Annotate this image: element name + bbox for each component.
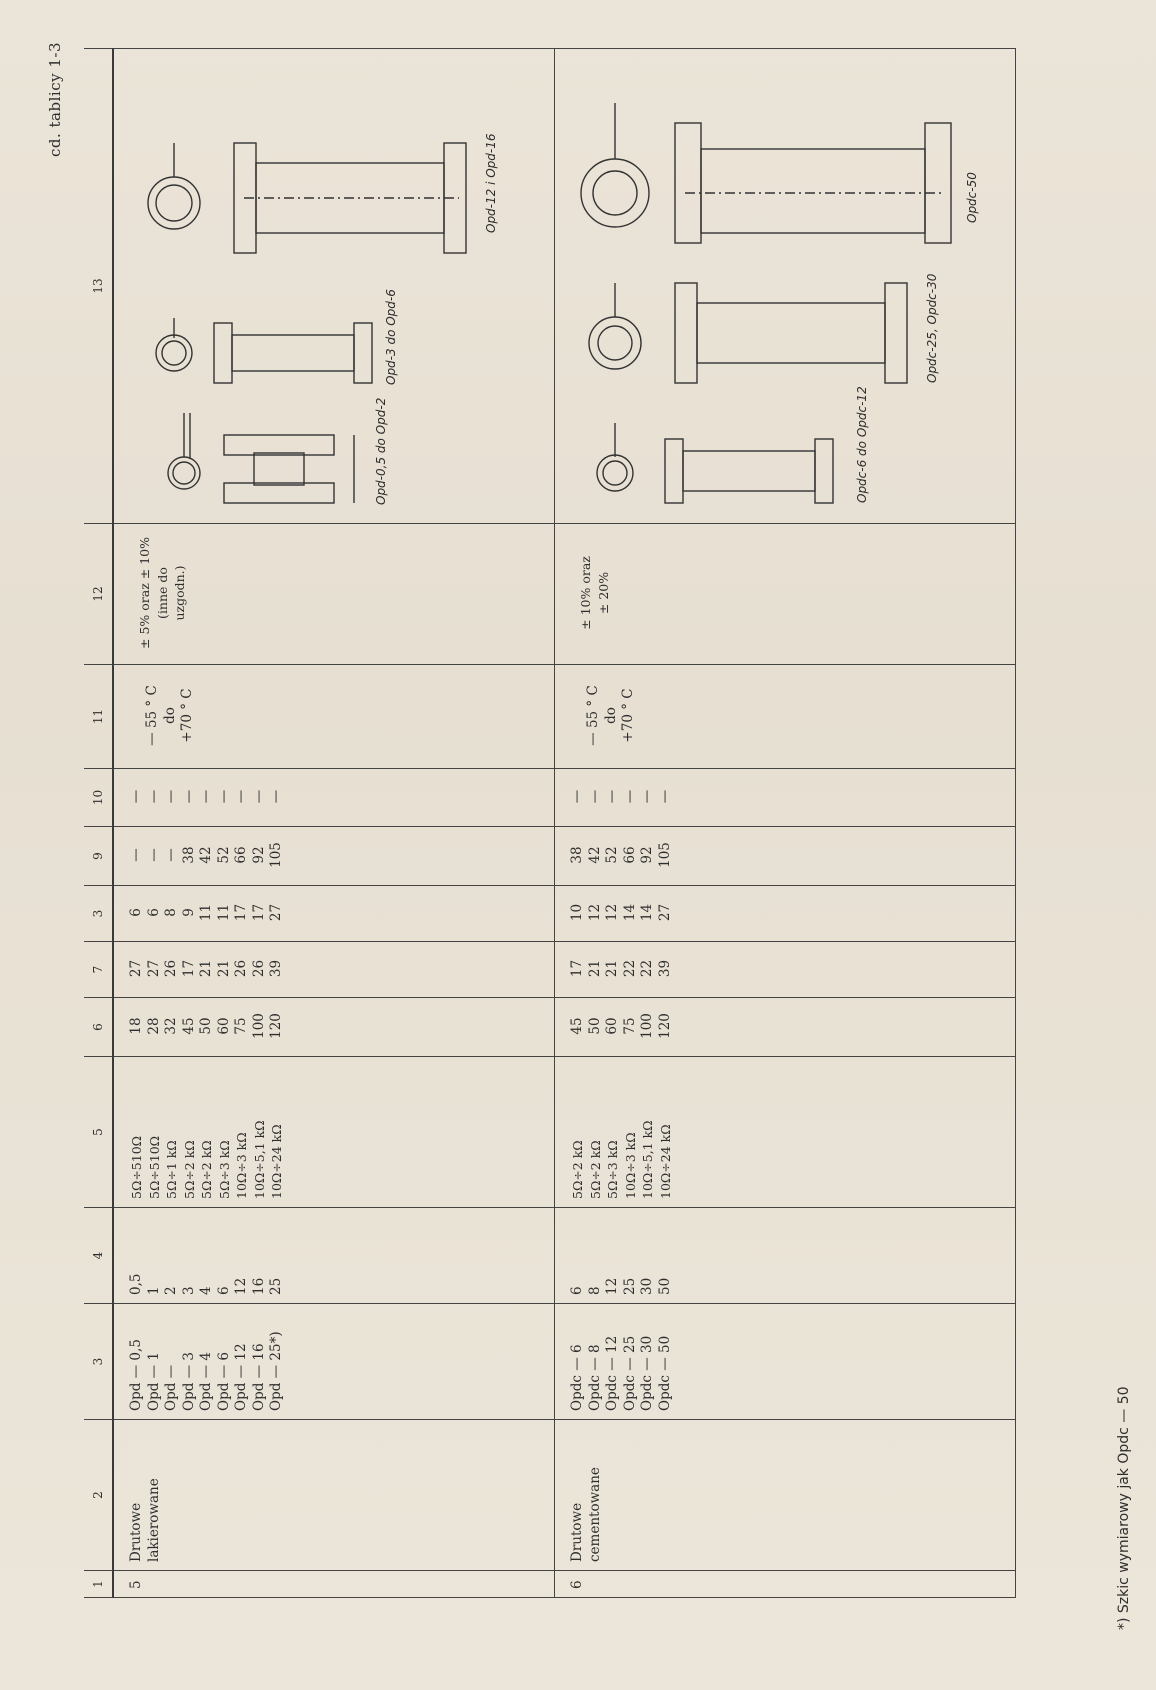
temp-line: — 55 ° C: [144, 671, 162, 760]
value: 9: [181, 892, 199, 933]
col7-list: 27 27 26 17 21 21 26 26 39: [114, 942, 292, 997]
col-header-3: 3: [84, 1304, 113, 1420]
value: 27: [268, 892, 286, 933]
col10-list: — — — — — — — — —: [114, 769, 292, 826]
drawing-caption: Opdc-50: [965, 172, 979, 223]
resistance-range: 5Ω÷2 kΩ: [181, 1063, 199, 1199]
power: 50: [657, 1214, 675, 1295]
value: 52: [216, 833, 234, 877]
col9-list: 38 42 52 66 92 105: [555, 827, 680, 885]
value: 22: [639, 948, 657, 989]
value: 45: [181, 1004, 199, 1048]
value: 11: [198, 892, 216, 933]
model: Opd — 0,5: [128, 1310, 146, 1411]
value: —: [233, 775, 251, 818]
tolerance-line: ± 5% oraz ± 10%: [136, 530, 154, 656]
col-header-9: 9: [84, 827, 113, 886]
col-header-8: 3: [84, 886, 113, 942]
document-page: cd. tablicy 1-3 1 2 3 4 5 6 7 3 9 10 11 …: [0, 0, 1156, 1690]
value: 14: [639, 892, 657, 933]
value: 21: [198, 948, 216, 989]
tolerance: ± 5% oraz ± 10% (inne do uzgodn.): [114, 524, 195, 664]
value: 21: [587, 948, 605, 989]
value: 100: [251, 1004, 269, 1048]
value: 38: [569, 833, 587, 877]
value: 92: [251, 833, 269, 877]
power: 12: [233, 1214, 251, 1295]
value: —: [163, 775, 181, 818]
value: 17: [569, 948, 587, 989]
dimension-sketches-cemented: Opdc-6 do Opdc-12 Opdc-25, Opdc-30 Opdc-…: [555, 49, 1015, 523]
col7-list: 17 21 21 22 22 39: [555, 942, 680, 997]
value: —: [216, 775, 234, 818]
model: Opdc — 12: [604, 1310, 622, 1411]
value: 50: [198, 1004, 216, 1048]
value: —: [163, 833, 181, 877]
value: —: [146, 833, 164, 877]
col6-list: 18 28 32 45 50 60 75 100 120: [114, 998, 292, 1056]
resistance-range: 5Ω÷2 kΩ: [198, 1063, 216, 1199]
col9-list: — — — 38 42 52 66 92 105: [114, 827, 292, 885]
value: 18: [128, 1004, 146, 1048]
row-number: 5: [114, 1571, 152, 1597]
type-line: lakierowane: [146, 1426, 164, 1562]
temp-line: +70 ° C: [179, 671, 197, 760]
value: 11: [216, 892, 234, 933]
value: 105: [268, 833, 286, 877]
value: 17: [181, 948, 199, 989]
value: —: [639, 775, 657, 818]
value: —: [657, 775, 675, 818]
value: 26: [251, 948, 269, 989]
power: 16: [251, 1214, 269, 1295]
power: 0,5: [128, 1214, 146, 1295]
power-list: 0,5 1 2 3 4 6 12 16 25: [114, 1208, 292, 1303]
resistor-type: Drutowe cementowane: [555, 1420, 610, 1570]
power-list: 6 8 12 25 30 50: [555, 1208, 680, 1303]
value: 28: [146, 1004, 164, 1048]
drawing-caption: Opdc-25, Opdc-30: [925, 274, 939, 383]
value: 26: [233, 948, 251, 989]
value: 42: [198, 833, 216, 877]
col6-list: 45 50 60 75 100 120: [555, 998, 680, 1056]
tolerance-line: (inne do: [154, 530, 172, 656]
power: 12: [604, 1214, 622, 1295]
value: 92: [639, 833, 657, 877]
resistor-spec-table: 1 2 3 4 5 6 7 3 9 10 11 12 13 5 Drutowe: [84, 48, 1016, 1598]
type-line: cementowane: [587, 1426, 605, 1562]
resistance-range: 5Ω÷2 kΩ: [569, 1063, 587, 1199]
column-number-row: 1 2 3 4 5 6 7 3 9 10 11 12 13: [84, 49, 113, 1598]
power: 25: [622, 1214, 640, 1295]
power: 6: [216, 1214, 234, 1295]
model: Opd — 1: [146, 1310, 164, 1411]
model: Opd — 6: [216, 1310, 234, 1411]
resistance-range-list: 5Ω÷510Ω 5Ω÷510Ω 5Ω÷1 kΩ 5Ω÷2 kΩ 5Ω÷2 kΩ …: [114, 1057, 292, 1207]
value: 120: [657, 1004, 675, 1048]
col-header-4: 4: [84, 1208, 113, 1304]
footnote: *) Szkic wymiarowy jak Opdc — 50: [1116, 1386, 1132, 1630]
value: —: [587, 775, 605, 818]
temp-line: — 55 ° C: [585, 671, 603, 760]
power: 2: [163, 1214, 181, 1295]
value: 32: [163, 1004, 181, 1048]
model: Opdc — 50: [657, 1310, 675, 1411]
tolerance-line: ± 20%: [595, 530, 613, 656]
model: Opd — 16: [251, 1310, 269, 1411]
model-list: Opd — 0,5 Opd — 1 Opd — Opd — 3 Opd — 4 …: [114, 1304, 292, 1419]
model: Opdc — 8: [587, 1310, 605, 1411]
model: Opdc — 6: [569, 1310, 587, 1411]
value: 52: [604, 833, 622, 877]
value: 75: [622, 1004, 640, 1048]
value: 10: [569, 892, 587, 933]
value: 42: [587, 833, 605, 877]
value: 39: [268, 948, 286, 989]
table-row-lacquered: 5 Drutowe lakierowane Opd — 0,5 Opd — 1 …: [113, 49, 555, 1598]
col8-list: 6 6 8 9 11 11 17 17 27: [114, 886, 292, 941]
power: 4: [198, 1214, 216, 1295]
value: —: [569, 775, 587, 818]
resistance-range-list: 5Ω÷2 kΩ 5Ω÷2 kΩ 5Ω÷3 kΩ 10Ω÷3 kΩ 10Ω÷5,1…: [555, 1057, 680, 1207]
tolerance-line: uzgodn.): [171, 530, 189, 656]
power: 1: [146, 1214, 164, 1295]
value: 12: [587, 892, 605, 933]
power: 8: [587, 1214, 605, 1295]
model: Opd — 12: [233, 1310, 251, 1411]
power: 30: [639, 1214, 657, 1295]
value: —: [198, 775, 216, 818]
value: 27: [128, 948, 146, 989]
value: 12: [604, 892, 622, 933]
tolerance: ± 10% oraz ± 20%: [555, 524, 618, 664]
value: —: [622, 775, 640, 818]
col10-list: — — — — — —: [555, 769, 680, 826]
col-header-2: 2: [84, 1420, 113, 1571]
model: Opd — 3: [181, 1310, 199, 1411]
value: 39: [657, 948, 675, 989]
value: 66: [622, 833, 640, 877]
col-header-1: 1: [84, 1571, 113, 1598]
temp-line: do: [162, 671, 180, 760]
row-number: 6: [555, 1571, 593, 1597]
value: 8: [163, 892, 181, 933]
model: Opd —: [163, 1310, 181, 1411]
col-header-7: 7: [84, 942, 113, 998]
value: —: [146, 775, 164, 818]
drawing-caption: Opd-12 i Opd-16: [484, 133, 498, 233]
resistance-range: 10Ω÷3 kΩ: [622, 1063, 640, 1199]
drawing-caption: Opd-3 do Opd-6: [384, 289, 398, 385]
value: —: [128, 833, 146, 877]
value: 60: [604, 1004, 622, 1048]
model: Opd — 4: [198, 1310, 216, 1411]
resistor-type: Drutowe lakierowane: [114, 1420, 169, 1570]
value: —: [604, 775, 622, 818]
drawing-caption: Opd-0,5 do Opd-2: [374, 398, 388, 505]
col-header-12: 12: [84, 524, 113, 665]
resistance-range: 10Ω÷5,1 kΩ: [251, 1063, 269, 1199]
value: 6: [128, 892, 146, 933]
resistor-drawings-icon: [555, 83, 1015, 523]
resistance-range: 5Ω÷2 kΩ: [587, 1063, 605, 1199]
value: —: [251, 775, 269, 818]
value: 75: [233, 1004, 251, 1048]
temp-line: do: [603, 671, 621, 760]
type-line: Drutowe: [128, 1426, 146, 1562]
value: 22: [622, 948, 640, 989]
value: —: [128, 775, 146, 818]
model: Opdc — 30: [639, 1310, 657, 1411]
resistance-range: 5Ω÷3 kΩ: [604, 1063, 622, 1199]
resistance-range: 10Ω÷24 kΩ: [657, 1063, 675, 1199]
value: 105: [657, 833, 675, 877]
value: 21: [216, 948, 234, 989]
tolerance-line: ± 10% oraz: [577, 530, 595, 656]
type-line: Drutowe: [569, 1426, 587, 1562]
resistance-range: 5Ω÷510Ω: [146, 1063, 164, 1199]
value: 21: [604, 948, 622, 989]
value: 14: [622, 892, 640, 933]
resistance-range: 10Ω÷3 kΩ: [233, 1063, 251, 1199]
value: —: [181, 775, 199, 818]
model-list: Opdc — 6 Opdc — 8 Opdc — 12 Opdc — 25 Op…: [555, 1304, 680, 1419]
drawing-caption: Opdc-6 do Opdc-12: [855, 386, 869, 503]
power: 6: [569, 1214, 587, 1295]
col-header-5: 5: [84, 1057, 113, 1208]
value: 27: [657, 892, 675, 933]
value: 66: [233, 833, 251, 877]
resistance-range: 5Ω÷3 kΩ: [216, 1063, 234, 1199]
value: 6: [146, 892, 164, 933]
temp-line: +70 ° C: [620, 671, 638, 760]
value: 120: [268, 1004, 286, 1048]
value: 38: [181, 833, 199, 877]
value: 50: [587, 1004, 605, 1048]
col-header-13: 13: [84, 49, 113, 524]
table-row-cemented: 6 Drutowe cementowane Opdc — 6 Opdc — 8 …: [555, 49, 1016, 1598]
model: Opdc — 25: [622, 1310, 640, 1411]
col8-list: 10 12 12 14 14 27: [555, 886, 680, 941]
value: 60: [216, 1004, 234, 1048]
model: Opd — 25*): [268, 1310, 286, 1411]
value: —: [268, 775, 286, 818]
temperature-range: — 55 ° C do +70 ° C: [114, 665, 203, 768]
resistance-range: 10Ω÷24 kΩ: [268, 1063, 286, 1199]
power: 25: [268, 1214, 286, 1295]
resistance-range: 5Ω÷510Ω: [128, 1063, 146, 1199]
value: 45: [569, 1004, 587, 1048]
value: 26: [163, 948, 181, 989]
col-header-10: 10: [84, 769, 113, 827]
col-header-11: 11: [84, 665, 113, 769]
resistance-range: 10Ω÷5,1 kΩ: [639, 1063, 657, 1199]
resistance-range: 5Ω÷1 kΩ: [163, 1063, 181, 1199]
continuation-label: cd. tablicy 1-3: [46, 42, 64, 157]
value: 17: [251, 892, 269, 933]
value: 100: [639, 1004, 657, 1048]
col-header-6: 6: [84, 998, 113, 1057]
value: 27: [146, 948, 164, 989]
value: 17: [233, 892, 251, 933]
temperature-range: — 55 ° C do +70 ° C: [555, 665, 644, 768]
dimension-sketches-lacquered: Opd-0,5 do Opd-2 Opd-3 do Opd-6 Opd-12 i…: [114, 49, 554, 523]
power: 3: [181, 1214, 199, 1295]
